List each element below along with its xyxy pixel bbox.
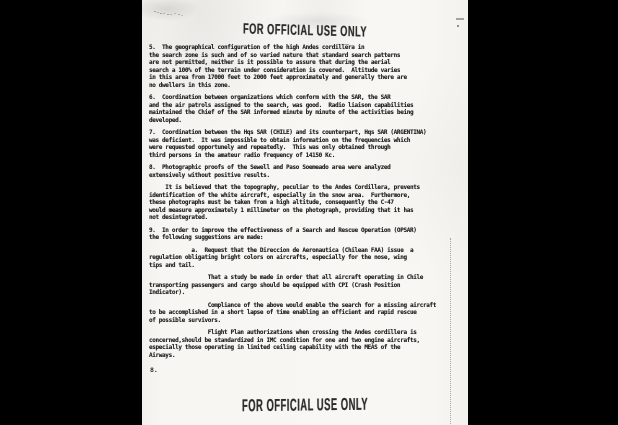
text-line: Indicator). bbox=[149, 289, 464, 297]
text-line: no dwellers in this zone. bbox=[149, 82, 464, 90]
document-page: FOR OFFICIAL USE ONLY 5. The geographica… bbox=[142, 0, 468, 425]
text-line: extensively without positive results. bbox=[149, 172, 464, 180]
text-line: It is believed that the topography, pecu… bbox=[149, 184, 464, 192]
text-line: would measure approximately 1 millimeter… bbox=[149, 207, 464, 215]
text-line: regulation obligating bright colors on a… bbox=[149, 254, 464, 262]
text-line: identification of the white aircraft, es… bbox=[149, 192, 464, 200]
text-line: to be accomplished in a short lapse of t… bbox=[149, 309, 464, 317]
viewer-background: FOR OFFICIAL USE ONLY 5. The geographica… bbox=[0, 0, 618, 425]
pencil-marks bbox=[154, 11, 156, 12]
text-line: Flight Plan authorizations when crossing… bbox=[149, 329, 464, 337]
edge-mark bbox=[457, 25, 459, 27]
paragraph: It is believed that the topography, pecu… bbox=[149, 184, 464, 222]
text-line: Airways. bbox=[149, 352, 464, 360]
text-line: 5. The geographical configuration of the… bbox=[149, 44, 464, 52]
paragraph: 7. Coordination between the Hqs SAR (CHI… bbox=[149, 129, 464, 159]
text-line: developed. bbox=[149, 117, 464, 125]
text-line: the following suggestions are made: bbox=[149, 234, 464, 242]
text-line: a. Request that the Direccion de Aeronau… bbox=[149, 247, 464, 255]
text-line: That a study be made in order that all a… bbox=[149, 274, 464, 282]
text-line: 8. Photographic proofs of the Sewell and… bbox=[149, 164, 464, 172]
text-line: 6. Coordination between organizations wh… bbox=[149, 94, 464, 102]
text-line: are not permitted, neither is it possibl… bbox=[149, 59, 464, 67]
text-line: 9. In order to improve the effectiveness… bbox=[149, 227, 464, 235]
paragraph: 8. Photographic proofs of the Sewell and… bbox=[149, 164, 464, 179]
paragraph: Flight Plan authorizations when crossing… bbox=[149, 329, 464, 359]
text-line: especially those operating in limited ce… bbox=[149, 344, 464, 352]
text-line: search a 100% of the terrain under consi… bbox=[149, 67, 464, 75]
text-line: and the air patrols assigned to the sear… bbox=[149, 102, 464, 110]
paragraph: That a study be made in order that all a… bbox=[149, 274, 464, 297]
edge-mark bbox=[456, 18, 464, 20]
paragraph: 9. In order to improve the effectiveness… bbox=[149, 227, 464, 242]
text-line: were requested opportunely and repeatedl… bbox=[149, 144, 464, 152]
paragraph: 5. The geographical configuration of the… bbox=[149, 44, 464, 89]
text-line: Compliance of the above would enable the… bbox=[149, 302, 464, 310]
document-body: 5. The geographical configuration of the… bbox=[149, 44, 464, 364]
text-line: in this area from 17000 feet to 2000 fee… bbox=[149, 74, 464, 82]
text-line: these photographs must be taken from a h… bbox=[149, 199, 464, 207]
text-line: maintained the Chief of the SAR informed… bbox=[149, 109, 464, 117]
text-line: 7. Coordination between the Hqs SAR (CHI… bbox=[149, 129, 464, 137]
page-number: 8. bbox=[150, 366, 158, 374]
classification-stamp-bottom: FOR OFFICIAL USE ONLY bbox=[171, 395, 438, 416]
text-line: transporting passengers and cargo should… bbox=[149, 282, 464, 290]
text-line: concerned,should be standardized in IMC … bbox=[149, 337, 464, 345]
text-line: was deficient. It was impossible to obta… bbox=[149, 137, 464, 145]
text-line: tips and tail. bbox=[149, 262, 464, 270]
paragraph: a. Request that the Direccion de Aeronau… bbox=[149, 247, 464, 270]
text-line: of possible survivors. bbox=[149, 317, 464, 325]
paragraph: Compliance of the above would enable the… bbox=[149, 302, 464, 325]
text-line: the search zone is such and of so varied… bbox=[149, 52, 464, 60]
classification-stamp-top: FOR OFFICIAL USE ONLY bbox=[168, 19, 442, 42]
text-line: not desintegrated. bbox=[149, 214, 464, 222]
text-line: third persons in the amateur radio frequ… bbox=[149, 152, 464, 160]
paragraph: 6. Coordination between organizations wh… bbox=[149, 94, 464, 124]
